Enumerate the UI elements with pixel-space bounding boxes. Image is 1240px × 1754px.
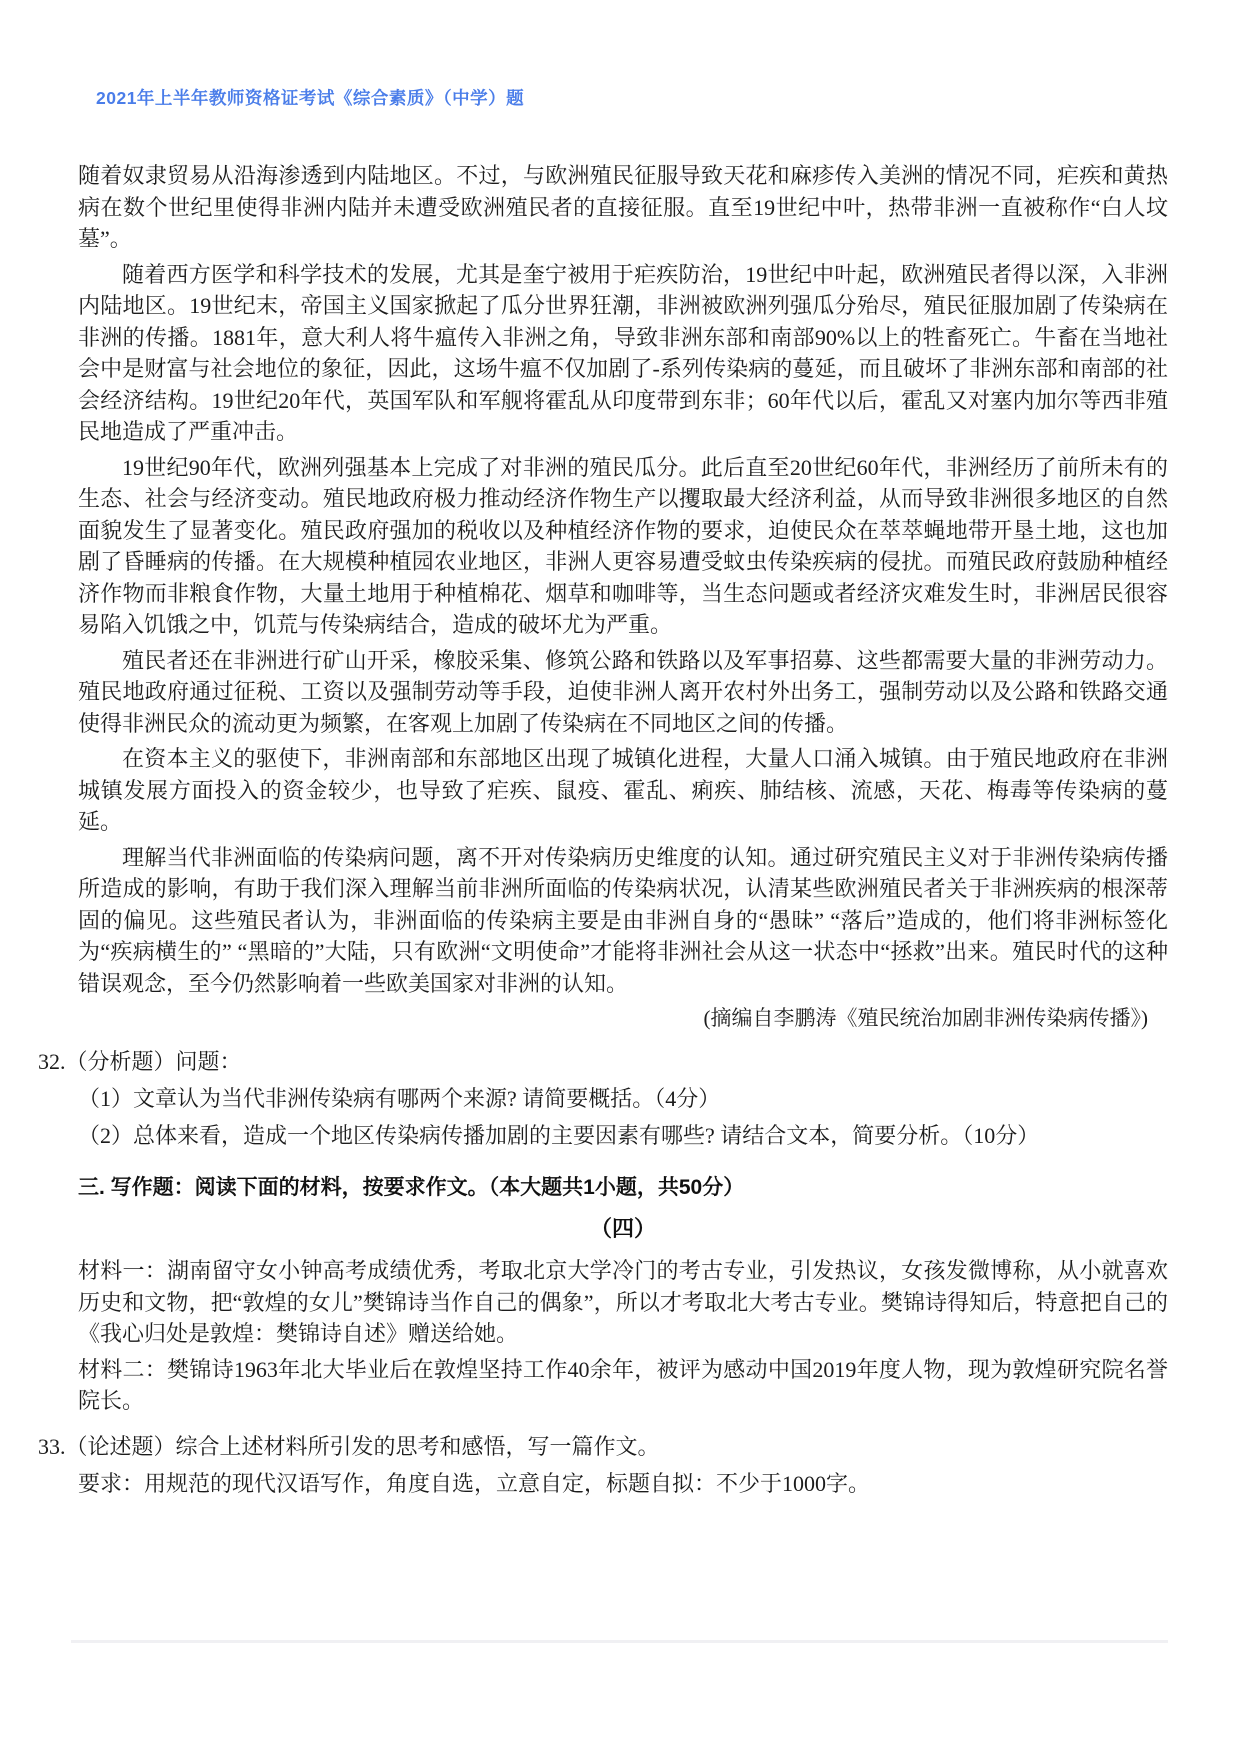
passage-paragraph-5: 在资本主义的驱使下，非洲南部和东部地区出现了城镇化进程，大量人口涌入城镇。由于殖… [78, 743, 1168, 838]
passage-paragraph-2: 随着西方医学和科学技术的发展，尤其是奎宁被用于疟疾防治，19世纪中叶起，欧洲殖民… [78, 259, 1168, 448]
passage-paragraph-4: 殖民者还在非洲进行矿山开采，橡胶采集、修筑公路和铁路以及军事招募、这些都需要大量… [78, 645, 1168, 740]
passage-paragraph-1: 随着奴隶贸易从沿海渗透到内陆地区。不过，与欧洲殖民征服导致天花和麻疹传入美洲的情… [78, 160, 1168, 255]
section-3-heading: 三. 写作题：阅读下面的材料，按要求作文。（本大题共1小题，共50分） [78, 1173, 1168, 1203]
question-32: 32.（分析题）问题： （1）文章认为当代非洲传染病有哪两个来源? 请简要概括。… [78, 1046, 1168, 1151]
passage-paragraph-6: 理解当代非洲面临的传染病问题，离不开对传染病历史维度的认知。通过研究殖民主义对于… [78, 842, 1168, 1000]
passage-attribution: (摘编自李鹏涛《殖民统治加剧非洲传染病传播》) [78, 1003, 1148, 1034]
page-title: 2021年上半年教师资格证考试《综合素质》（中学）题 [96, 86, 1168, 110]
page-content: 2021年上半年教师资格证考试《综合素质》（中学）题 随着奴隶贸易从沿海渗透到内… [0, 0, 1240, 1499]
section-3-subheading: （四） [78, 1213, 1168, 1245]
question-32-head: 32.（分析题）问题： [38, 1046, 1168, 1077]
material-2: 材料二：樊锦诗1963年北大毕业后在敦煌坚持工作40余年，被评为感动中国2019… [78, 1354, 1168, 1417]
question-32-sub-1: （1）文章认为当代非洲传染病有哪两个来源? 请简要概括。（4分） [78, 1083, 1168, 1114]
exam-document-page: 2021年上半年教师资格证考试《综合素质》（中学）题 随着奴隶贸易从沿海渗透到内… [0, 0, 1240, 1754]
question-33-requirement: 要求：用规范的现代汉语写作，角度自选，立意自定，标题自拟：不少于1000字。 [78, 1468, 1168, 1499]
question-32-sub-2: （2）总体来看，造成一个地区传染病传播加剧的主要因素有哪些? 请结合文本，简要分… [78, 1120, 1168, 1151]
reading-passage: 随着奴隶贸易从沿海渗透到内陆地区。不过，与欧洲殖民征服导致天花和麻疹传入美洲的情… [78, 160, 1168, 1034]
material-1: 材料一：湖南留守女小钟高考成绩优秀，考取北京大学冷门的考古专业，引发热议，女孩发… [78, 1255, 1168, 1350]
section-3-writing: 三. 写作题：阅读下面的材料，按要求作文。（本大题共1小题，共50分） （四） … [78, 1173, 1168, 1417]
question-33: 33.（论述题）综合上述材料所引发的思考和感悟，写一篇作文。 要求：用规范的现代… [78, 1431, 1168, 1499]
passage-paragraph-3: 19世纪90年代，欧洲列强基本上完成了对非洲的殖民瓜分。此后直至20世纪60年代… [78, 452, 1168, 641]
bottom-divider [71, 1640, 1168, 1643]
question-33-head: 33.（论述题）综合上述材料所引发的思考和感悟，写一篇作文。 [38, 1431, 1168, 1462]
